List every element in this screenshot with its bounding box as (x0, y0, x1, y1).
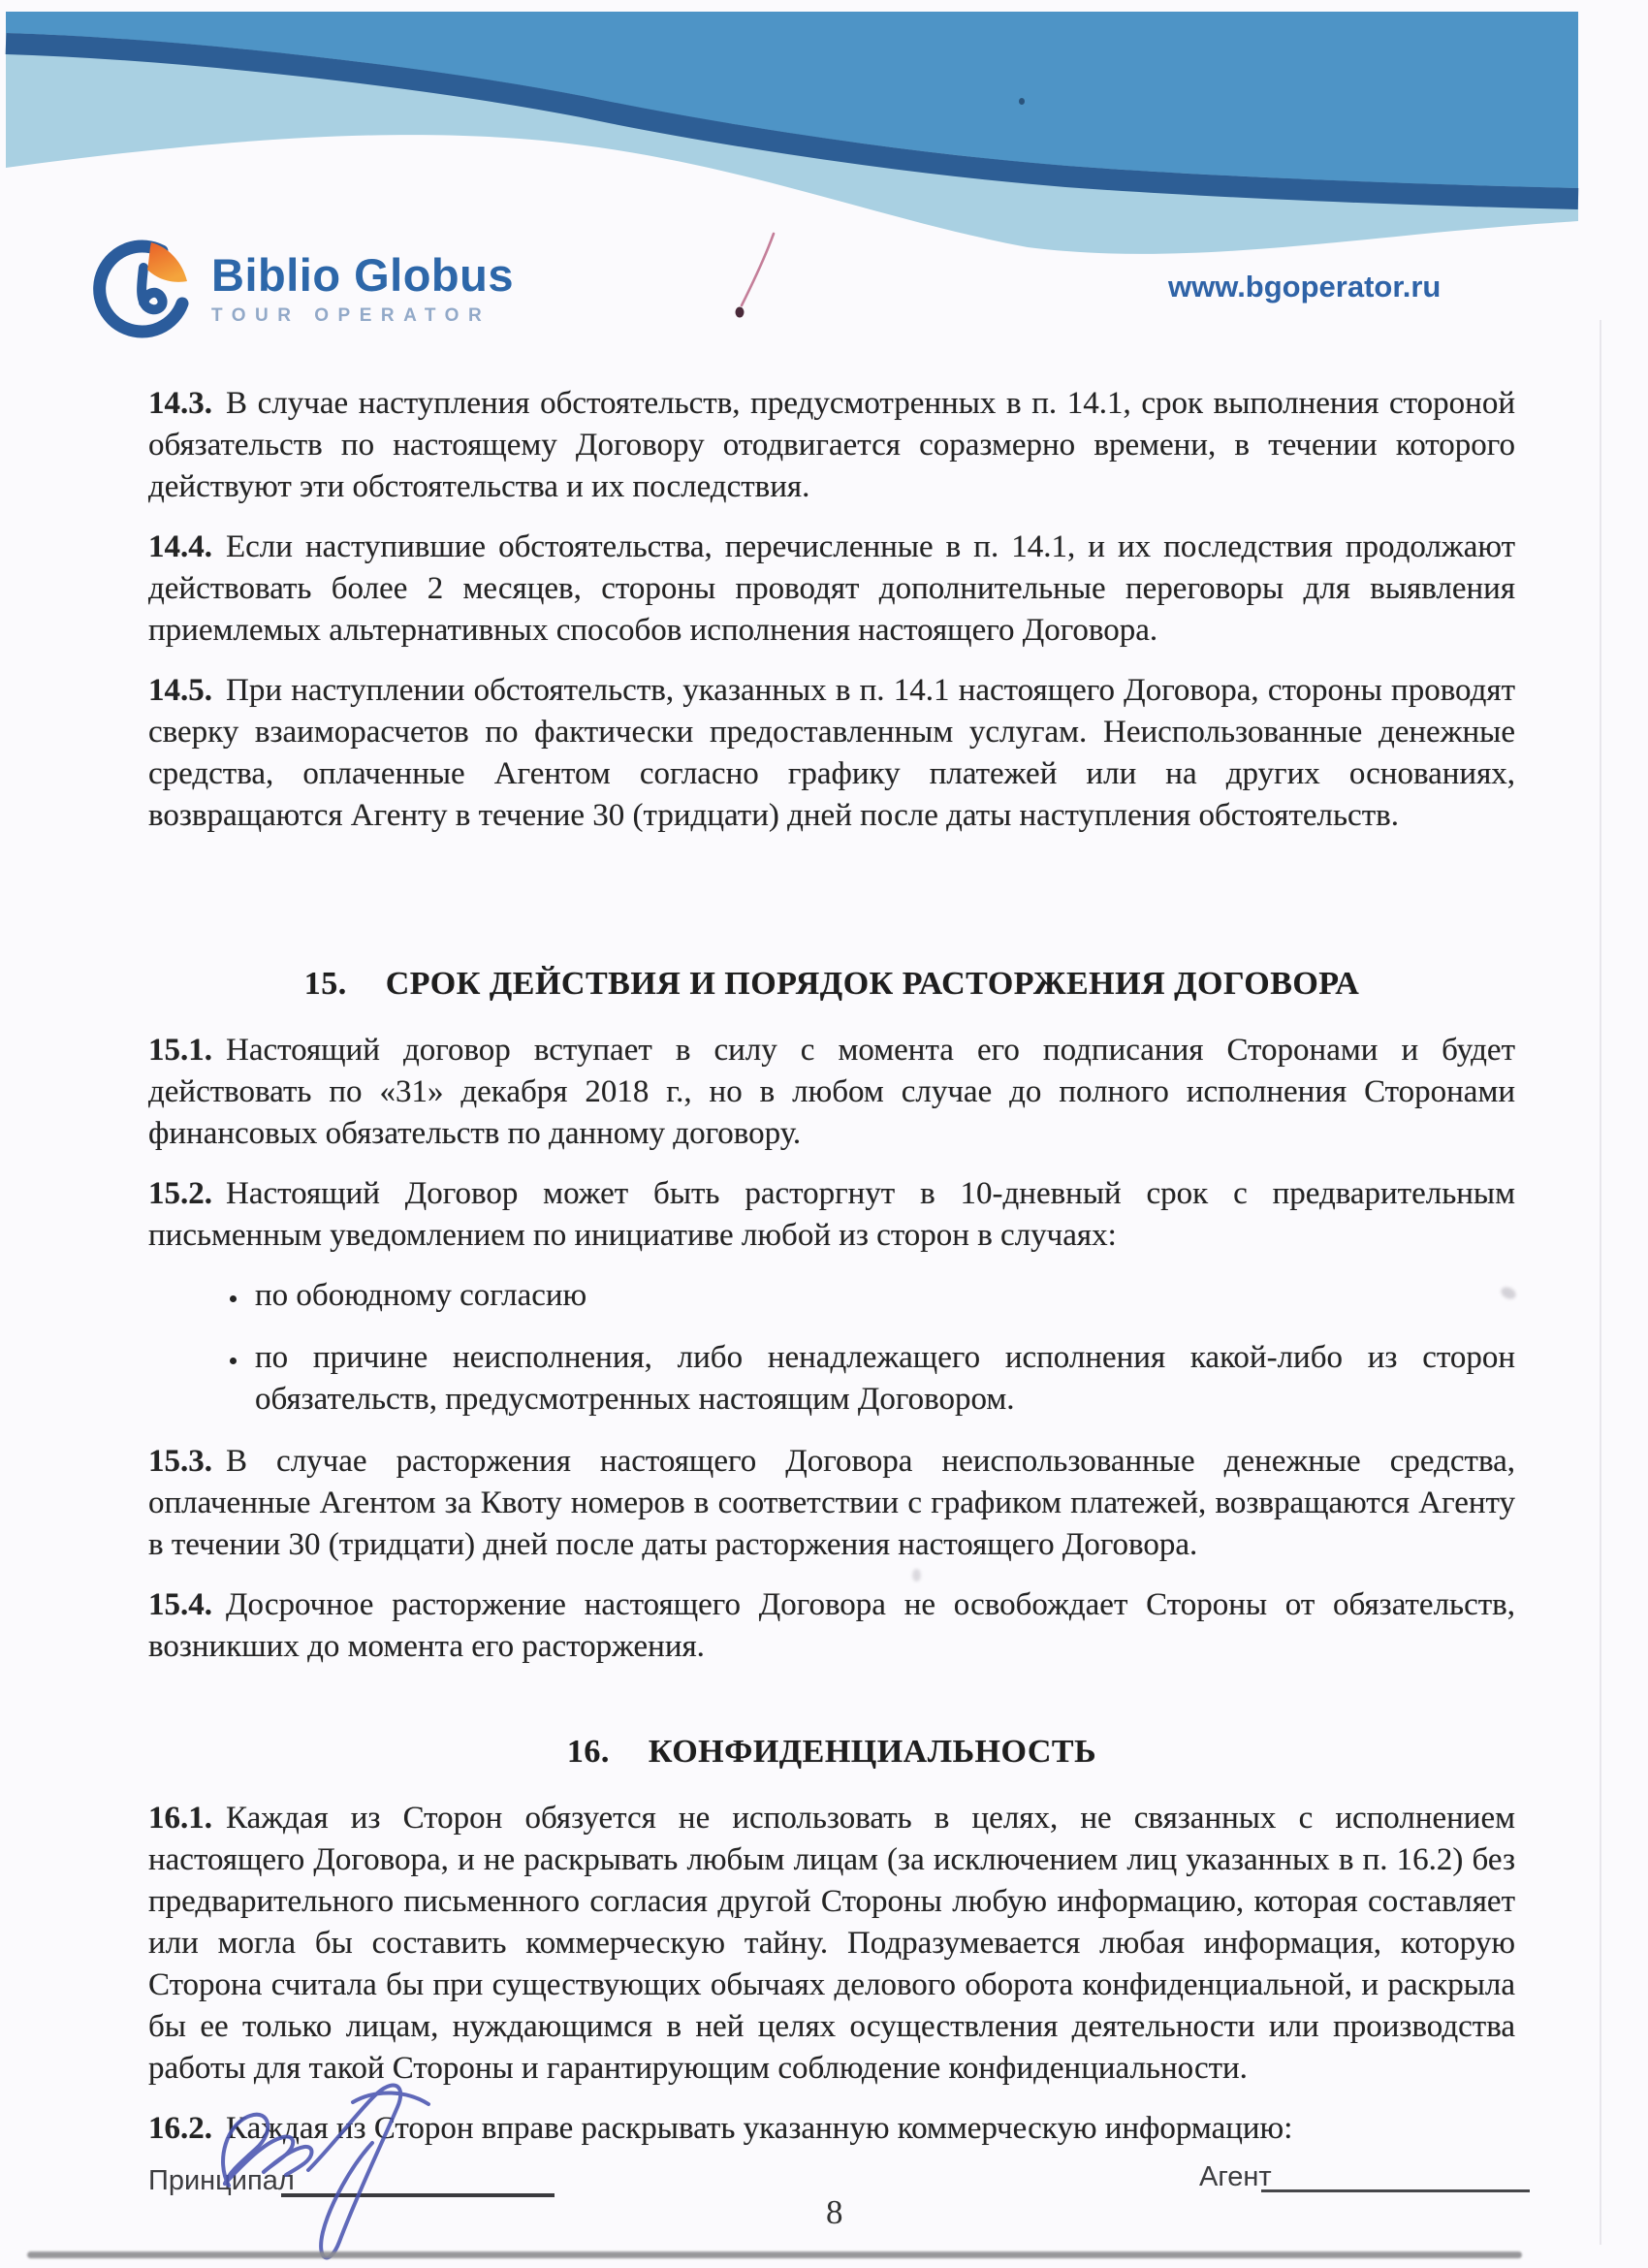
list-item: по причине неисполнения, либо ненадлежащ… (249, 1337, 1515, 1421)
website-url: www.bgoperator.ru (1168, 270, 1441, 304)
clause-text: При наступлении обстоятельств, указанных… (148, 673, 1515, 833)
clause-text: Досрочное расторжение настоящего Договор… (148, 1587, 1515, 1664)
clause-text: В случае расторжения настоящего Договора… (148, 1444, 1515, 1562)
clause-14-4: 14.4.Если наступившие обстоятельства, пе… (148, 527, 1515, 652)
clause-text: Если наступившие обстоятельства, перечис… (148, 529, 1515, 648)
clause-text: В случае наступления обстоятельств, пред… (148, 386, 1515, 504)
scan-speck (1019, 98, 1025, 105)
section-title: КОНФИДЕНЦИАЛЬНОСТЬ (649, 1734, 1096, 1770)
logo-title: Biblio Globus (211, 252, 514, 298)
section-heading-16: 16.КОНФИДЕНЦИАЛЬНОСТЬ (148, 1730, 1515, 1774)
scanned-contract-page: Biblio Globus TOUR OPERATOR www.bgoperat… (0, 0, 1648, 2268)
logo: Biblio Globus TOUR OPERATOR (93, 239, 514, 341)
agent-signature-line (1261, 2189, 1530, 2192)
section-title: СРОК ДЕЙСТВИЯ И ПОРЯДОК РАСТОРЖЕНИЯ ДОГО… (386, 966, 1360, 1002)
clause-text: Настоящий Договор может быть расторгнут … (148, 1176, 1515, 1253)
scan-page-edge (1600, 320, 1601, 2245)
section-number: 15. (304, 966, 347, 1002)
clause-text: Настоящий договор вступает в силу с моме… (148, 1033, 1515, 1151)
pen-mark (719, 226, 787, 325)
clause-number: 16.1. (148, 1801, 212, 1836)
clause-number: 14.4. (148, 529, 212, 564)
clause-15-1: 15.1.Настоящий договор вступает в силу с… (148, 1030, 1515, 1155)
section-heading-15: 15.СРОК ДЕЙСТВИЯ И ПОРЯДОК РАСТОРЖЕНИЯ Д… (148, 962, 1515, 1006)
scan-bottom-edge (27, 2252, 1522, 2258)
clause-number: 15.4. (148, 1587, 212, 1622)
principal-signature (200, 2061, 477, 2265)
biblio-globus-logo-icon (93, 239, 196, 341)
clause-number: 15.1. (148, 1033, 212, 1068)
logo-tagline: TOUR OPERATOR (211, 306, 514, 325)
clause-number: 14.5. (148, 673, 212, 708)
clause-14-3: 14.3.В случае наступления обстоятельств,… (148, 383, 1515, 508)
clause-15-3: 15.3.В случае расторжения настоящего Дог… (148, 1441, 1515, 1566)
scan-smudge (912, 1569, 921, 1581)
clause-number: 15.2. (148, 1176, 212, 1211)
clause-15-4: 15.4.Досрочное расторжение настоящего До… (148, 1584, 1515, 1668)
section-number: 16. (567, 1734, 610, 1770)
page-number: 8 (826, 2193, 843, 2232)
contract-body: 14.3.В случае наступления обстоятельств,… (148, 383, 1515, 2149)
clause-14-5: 14.5.При наступлении обстоятельств, указ… (148, 670, 1515, 837)
clause-number: 14.3. (148, 386, 212, 421)
clause-number: 15.3. (148, 1444, 212, 1479)
clause-16-1: 16.1.Каждая из Сторон обязуется не испол… (148, 1798, 1515, 2090)
clause-text: Каждая из Сторон обязуется не использова… (148, 1801, 1515, 2086)
termination-reasons-list: по обоюдному согласию по причине неиспол… (148, 1275, 1515, 1421)
list-item: по обоюдному согласию (249, 1275, 1515, 1317)
clause-15-2: 15.2.Настоящий Договор может быть растор… (148, 1173, 1515, 1257)
